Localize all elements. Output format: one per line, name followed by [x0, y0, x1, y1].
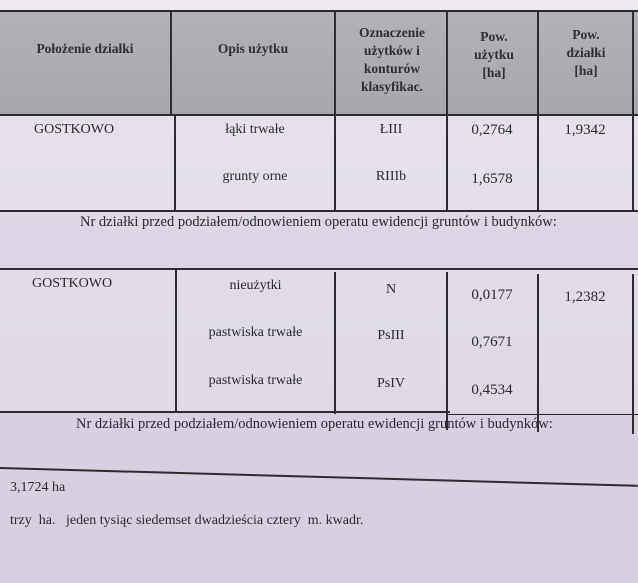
use-area-cell: 0,2764	[448, 122, 536, 139]
designation-cell: PsIII	[336, 328, 446, 344]
use-description-cell: grunty orne	[176, 169, 334, 185]
column-divider	[334, 12, 336, 114]
use-description-cell: nieużytki	[177, 278, 334, 294]
column-divider	[446, 12, 448, 114]
section-1-location: GOSTKOWO	[34, 122, 114, 138]
divider	[0, 411, 450, 413]
total-area: 3,1724 ha	[10, 480, 65, 496]
page-top-edge	[0, 0, 638, 10]
use-description-cell: pastwiska trwałe	[177, 325, 334, 341]
designation-cell: N	[336, 282, 446, 298]
section-2-location: GOSTKOWO	[32, 276, 112, 292]
divider	[0, 210, 638, 212]
use-description-cell: pastwiska trwałe	[177, 373, 334, 389]
use-description-cell: łąki trwałe	[176, 122, 334, 138]
plot-area-cell: 1,9342	[539, 122, 631, 139]
total-area-in-words: trzy ha. jeden tysiąc siedemset dwadzieś…	[10, 513, 363, 529]
column-divider	[537, 12, 539, 114]
column-divider	[632, 12, 634, 114]
header-use-description: Opis użytku	[172, 40, 334, 58]
column-divider	[632, 274, 634, 434]
header-designation: Oznaczenie użytków i konturów klasyfikac…	[336, 24, 448, 96]
plot-area-cell: 1,2382	[539, 289, 631, 306]
column-divider	[170, 12, 172, 114]
use-area-cell: 1,6578	[448, 171, 536, 188]
designation-cell: RIIIb	[336, 169, 446, 185]
use-area-cell: 0,0177	[448, 287, 536, 304]
header-use-area: Pow. użytku [ha]	[450, 28, 538, 82]
header-plot-area: Pow. działki [ha]	[540, 26, 632, 80]
designation-cell: PsIV	[336, 376, 446, 392]
use-area-cell: 0,4534	[448, 382, 536, 399]
use-area-cell: 0,7671	[448, 334, 536, 351]
section-1-caption: Nr działki przed podziałem/odnowieniem o…	[80, 214, 557, 231]
divider	[0, 467, 638, 487]
section-2-caption: Nr działki przed podziałem/odnowieniem o…	[76, 416, 553, 433]
column-divider	[632, 116, 634, 212]
divider	[446, 414, 638, 415]
designation-cell: ŁIII	[336, 122, 446, 138]
divider	[0, 10, 638, 12]
header-location: Położenie działki	[0, 40, 170, 58]
